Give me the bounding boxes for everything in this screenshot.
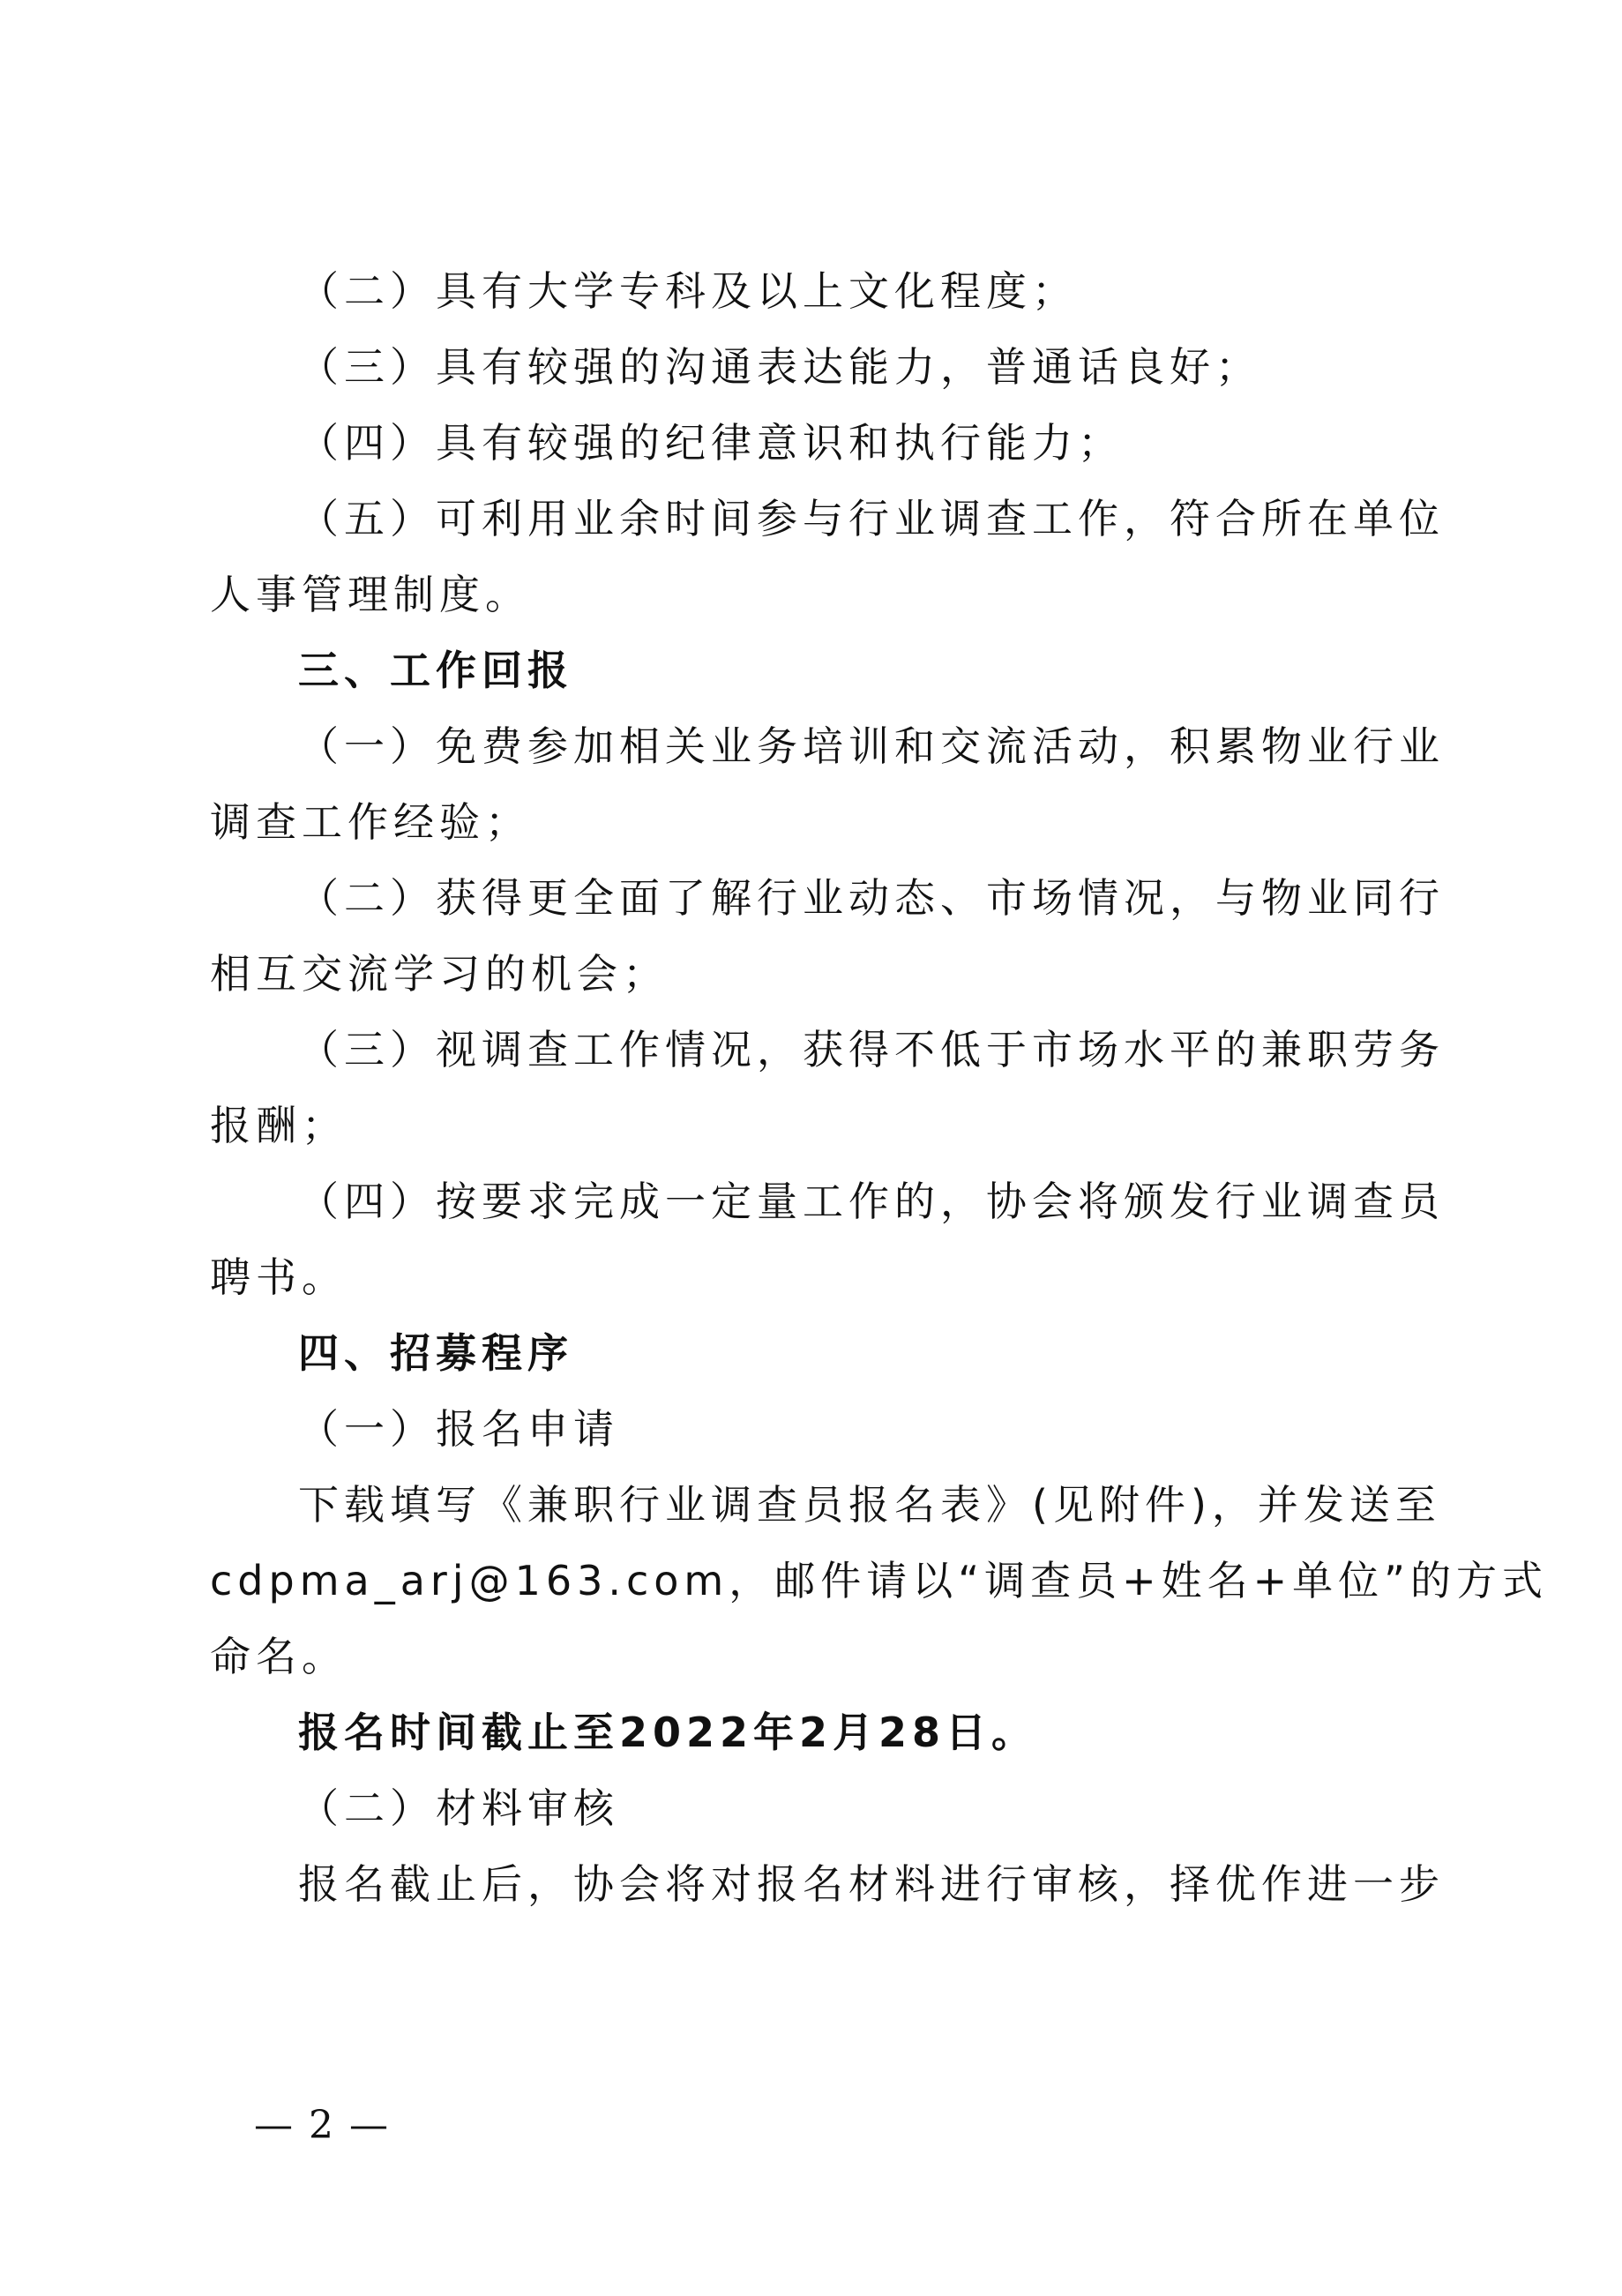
benefit-remuneration-cont: 报酬；: [210, 1099, 1427, 1152]
requirement-spare-time: （五）可利用业余时间参与行业调查工作，符合所在单位: [298, 492, 1515, 545]
application-email-line: cdpma_arj@163.com，邮件请以“调查员+姓名+单位”的方式: [210, 1554, 1427, 1607]
requirement-education: （二）具有大学专科及以上文化程度；: [298, 265, 1515, 318]
requirement-communication: （三）具有较强的沟通表达能力，普通话良好；: [298, 340, 1515, 393]
benefit-certificate-cont: 聘书。: [210, 1251, 1427, 1304]
requirement-discipline: （四）具有较强的纪律意识和执行能力；: [298, 416, 1515, 469]
benefit-training: （一）免费参加相关业务培训和交流活动，积累物业行业: [298, 720, 1515, 773]
section-heading-recruitment: 四、招募程序: [298, 1327, 1515, 1380]
application-naming-cont: 命名。: [210, 1630, 1427, 1683]
benefit-certificate: （四）按要求完成一定量工作的，协会将颁发行业调查员: [298, 1175, 1515, 1228]
application-instructions: 下载填写《兼职行业调查员报名表》(见附件)，并发送至: [298, 1478, 1515, 1531]
subheading-material-review: （二）材料审核: [298, 1782, 1515, 1835]
benefit-remuneration: （三）视调查工作情况，获得不低于市场水平的兼职劳务: [298, 1023, 1515, 1076]
page-number: — 2 —: [254, 2104, 390, 2148]
application-deadline: 报名时间截止至2022年2月28日。: [298, 1706, 1515, 1759]
document-page: （二）具有大学专科及以上文化程度； （三）具有较强的沟通表达能力，普通话良好； …: [0, 0, 1622, 2296]
subheading-application: （一）报名申请: [298, 1402, 1515, 1455]
benefit-industry-insight: （二）获得更全面了解行业动态、市场情况，与物业同行: [298, 871, 1515, 924]
benefit-training-cont: 调查工作经验；: [210, 796, 1427, 849]
requirement-spare-time-cont: 人事管理制度。: [210, 568, 1427, 621]
material-review-text: 报名截止后，协会将对报名材料进行审核，择优作进一步: [298, 1858, 1515, 1911]
section-heading-work-return: 三、工作回报: [298, 644, 1515, 697]
benefit-industry-insight-cont: 相互交流学习的机会；: [210, 947, 1427, 1000]
